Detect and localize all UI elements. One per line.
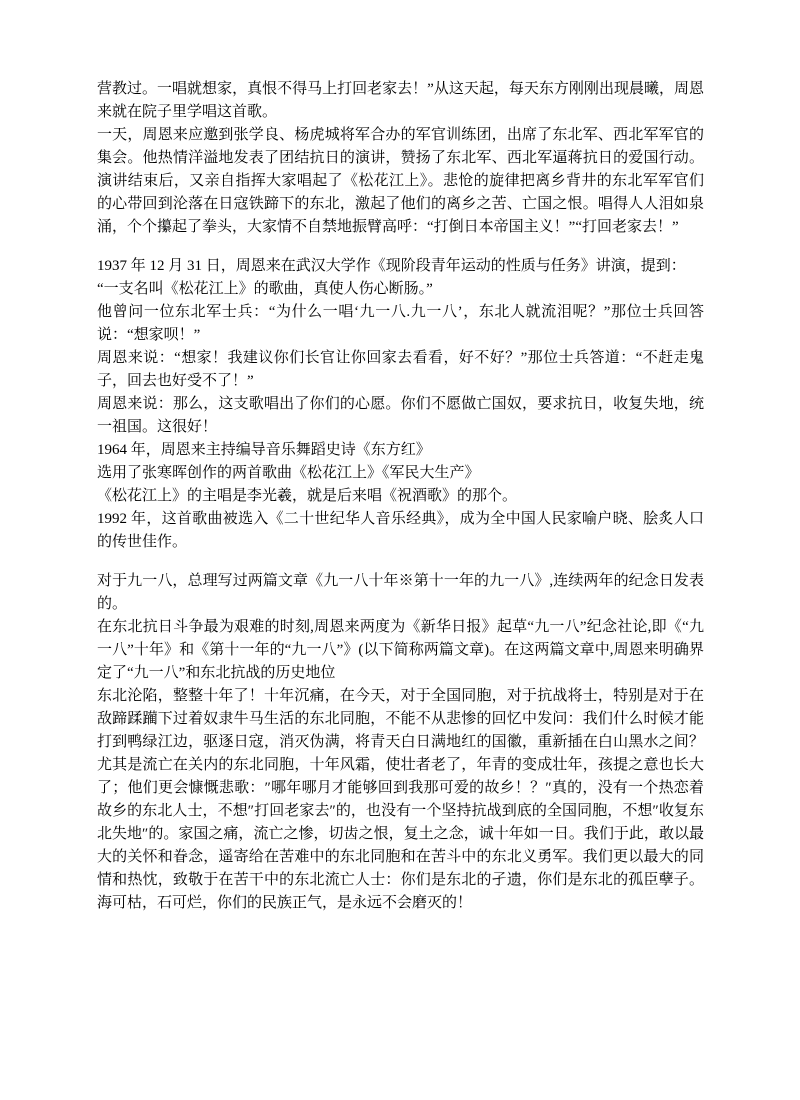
document-page: 营教过。一唱就想家，真恨不得马上打回老家去！”从这天起，每天东方刚刚出现晨曦，周…: [0, 0, 800, 1100]
paragraph: 《松花江上》的主唱是李光羲，就是后来唱《祝酒歌》的那个。: [97, 485, 704, 508]
blank-line: [97, 239, 704, 255]
paragraph: 他曾问一位东北军士兵：“为什么一唱‘九一八.九一八’，东北人就流泪呢？”那位士兵…: [97, 301, 704, 347]
paragraph: 周恩来说：“想家！我建议你们长官让你回家去看看，好不好？”那位士兵答道：“不赶走…: [97, 347, 704, 393]
paragraph: 选用了张寒晖创作的两首歌曲《松花江上》《军民大生产》: [97, 462, 704, 485]
paragraph: 1964 年，周恩来主持编导音乐舞蹈史诗《东方红》: [97, 439, 704, 462]
paragraph: 对于九一八，总理写过两篇文章《九一八十年※第十一年的九一八》,连续两年的纪念日发…: [97, 570, 704, 616]
paragraph: 周恩来说：那么，这支歌唱出了你们的心愿。你们不愿做亡国奴，要求抗日，收复失地，统…: [97, 393, 704, 439]
paragraph: “一支名叫《松花江上》的歌曲，真使人伤心断肠。”: [97, 278, 704, 301]
paragraph: 1992 年，这首歌曲被选入《二十世纪华人音乐经典》，成为全中国人民家喻户晓、脍…: [97, 508, 704, 554]
paragraph: 东北沦陷，整整十年了！十年沉痛，在今天，对于全国同胞，对于抗战将士，特别是对于在…: [97, 685, 704, 915]
paragraph: 一天，周恩来应邀到张学良、杨虎城将军合办的军官训练团，出席了东北军、西北军军官的…: [97, 124, 704, 239]
blank-line: [97, 554, 704, 570]
paragraph: 营教过。一唱就想家，真恨不得马上打回老家去！”从这天起，每天东方刚刚出现晨曦，周…: [97, 78, 704, 124]
paragraph: 在东北抗日斗争最为艰难的时刻,周恩来两度为《新华日报》起草“九一八”纪念社论,即…: [97, 616, 704, 685]
paragraph: 1937 年 12 月 31 日，周恩来在武汉大学作《现阶段青年运动的性质与任务…: [97, 255, 704, 278]
